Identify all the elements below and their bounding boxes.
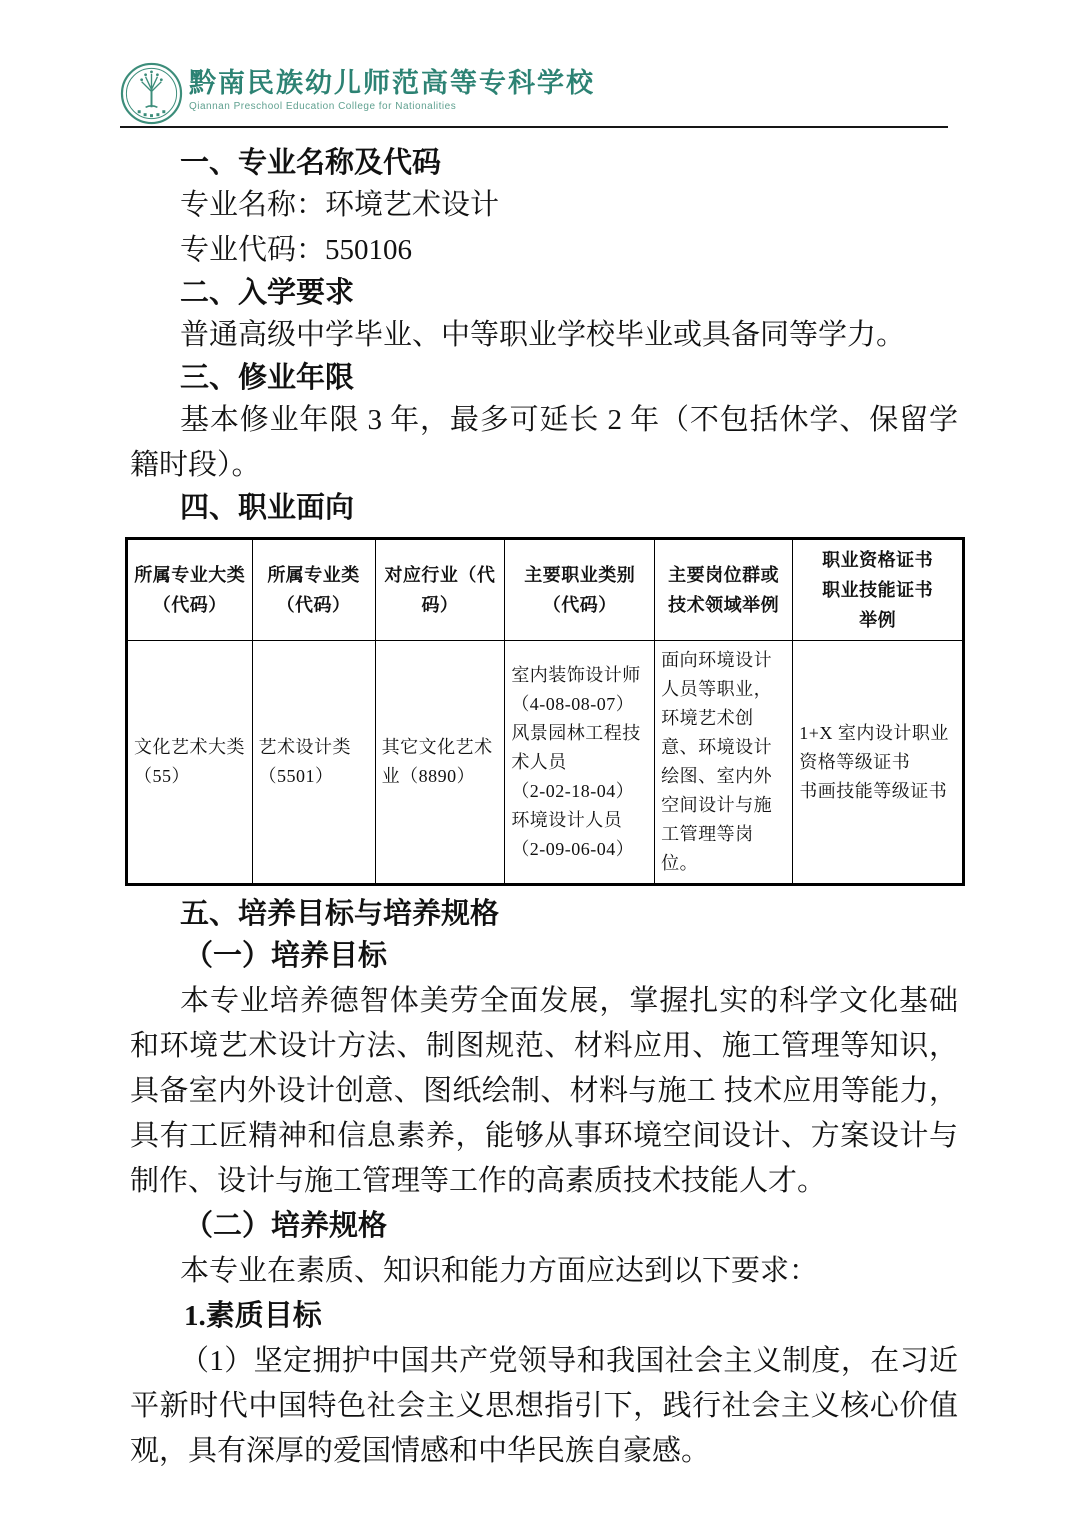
- training-spec-intro: 本专业在素质、知识和能力方面应达到以下要求：: [130, 1249, 958, 1294]
- section-2-heading: 二、入学要求: [130, 273, 958, 313]
- school-seal-icon: [120, 62, 183, 125]
- training-objective-body: 本专业培养德智体美劳全面发展，掌握扎实的科学文化基础和环境艺术设计方法、制图规范…: [130, 979, 958, 1204]
- cell-industry: 其它文化艺术业（8890）: [375, 641, 505, 885]
- table-row: 文化艺术大类 （55） 艺术设计类 （5501） 其它文化艺术业（8890） 室…: [127, 641, 964, 885]
- school-name-cn: 黔南民族幼儿师范高等专科学校: [189, 68, 595, 98]
- training-spec-heading: （二）培养规格: [130, 1204, 958, 1249]
- major-code-line: 专业代码：550106: [130, 228, 958, 273]
- section-3-heading: 三、修业年限: [130, 358, 958, 398]
- document-body: 一、专业名称及代码 专业名称：环境艺术设计 专业代码：550106 二、入学要求…: [130, 128, 958, 1474]
- study-duration: 基本修业年限 3 年，最多可延长 2 年（不包括休学、保留学籍时段）。: [130, 398, 958, 488]
- header-occupations: 主要职业类别（代码）: [505, 539, 655, 641]
- header-major-category: 所属专业大类（代码）: [127, 539, 253, 641]
- major-name-line: 专业名称：环境艺术设计: [130, 183, 958, 228]
- document-header: 黔南民族幼儿师范高等专科学校 Qiannan Preschool Educati…: [120, 62, 950, 125]
- header-major-class: 所属专业类（代码）: [252, 539, 375, 641]
- school-name-en: Qiannan Preschool Education College for …: [189, 101, 595, 112]
- cell-job-groups: 面向环境设计人员等职业，环境艺术创意、环境设计绘图、室内外空间设计与施工管理等岗…: [655, 641, 793, 885]
- section-5-heading: 五、培养目标与培养规格: [130, 894, 958, 934]
- header-certificates: 职业资格证书 职业技能证书 举例: [793, 539, 964, 641]
- section-4-heading: 四、职业面向: [130, 488, 958, 528]
- quality-goal-item-1: （1）坚定拥护中国共产党领导和我国社会主义制度，在习近平新时代中国特色社会主义思…: [130, 1339, 958, 1474]
- header-job-groups: 主要岗位群或技术领域举例: [655, 539, 793, 641]
- quality-goal-heading: 1.素质目标: [130, 1294, 958, 1339]
- career-table-wrapper: 所属专业大类（代码） 所属专业类（代码） 对应行业（代码） 主要职业类别（代码）…: [125, 537, 958, 886]
- cell-major-category: 文化艺术大类 （55）: [127, 641, 253, 885]
- cell-major-class: 艺术设计类 （5501）: [252, 641, 375, 885]
- career-orientation-table: 所属专业大类（代码） 所属专业类（代码） 对应行业（代码） 主要职业类别（代码）…: [125, 537, 965, 886]
- header-industry: 对应行业（代码）: [375, 539, 505, 641]
- training-objective-heading: （一）培养目标: [130, 934, 958, 979]
- section-1-heading: 一、专业名称及代码: [130, 143, 958, 183]
- cell-occupations: 室内装饰设计师 （4-08-08-07） 风景园林工程技术人员 （2-02-18…: [505, 641, 655, 885]
- admission-requirements: 普通高级中学毕业、中等职业学校毕业或具备同等学力。: [130, 313, 958, 358]
- table-header-row: 所属专业大类（代码） 所属专业类（代码） 对应行业（代码） 主要职业类别（代码）…: [127, 539, 964, 641]
- document-page: 黔南民族幼儿师范高等专科学校 Qiannan Preschool Educati…: [0, 0, 1074, 1520]
- cell-certificates: 1+X 室内设计职业资格等级证书 书画技能等级证书: [793, 641, 964, 885]
